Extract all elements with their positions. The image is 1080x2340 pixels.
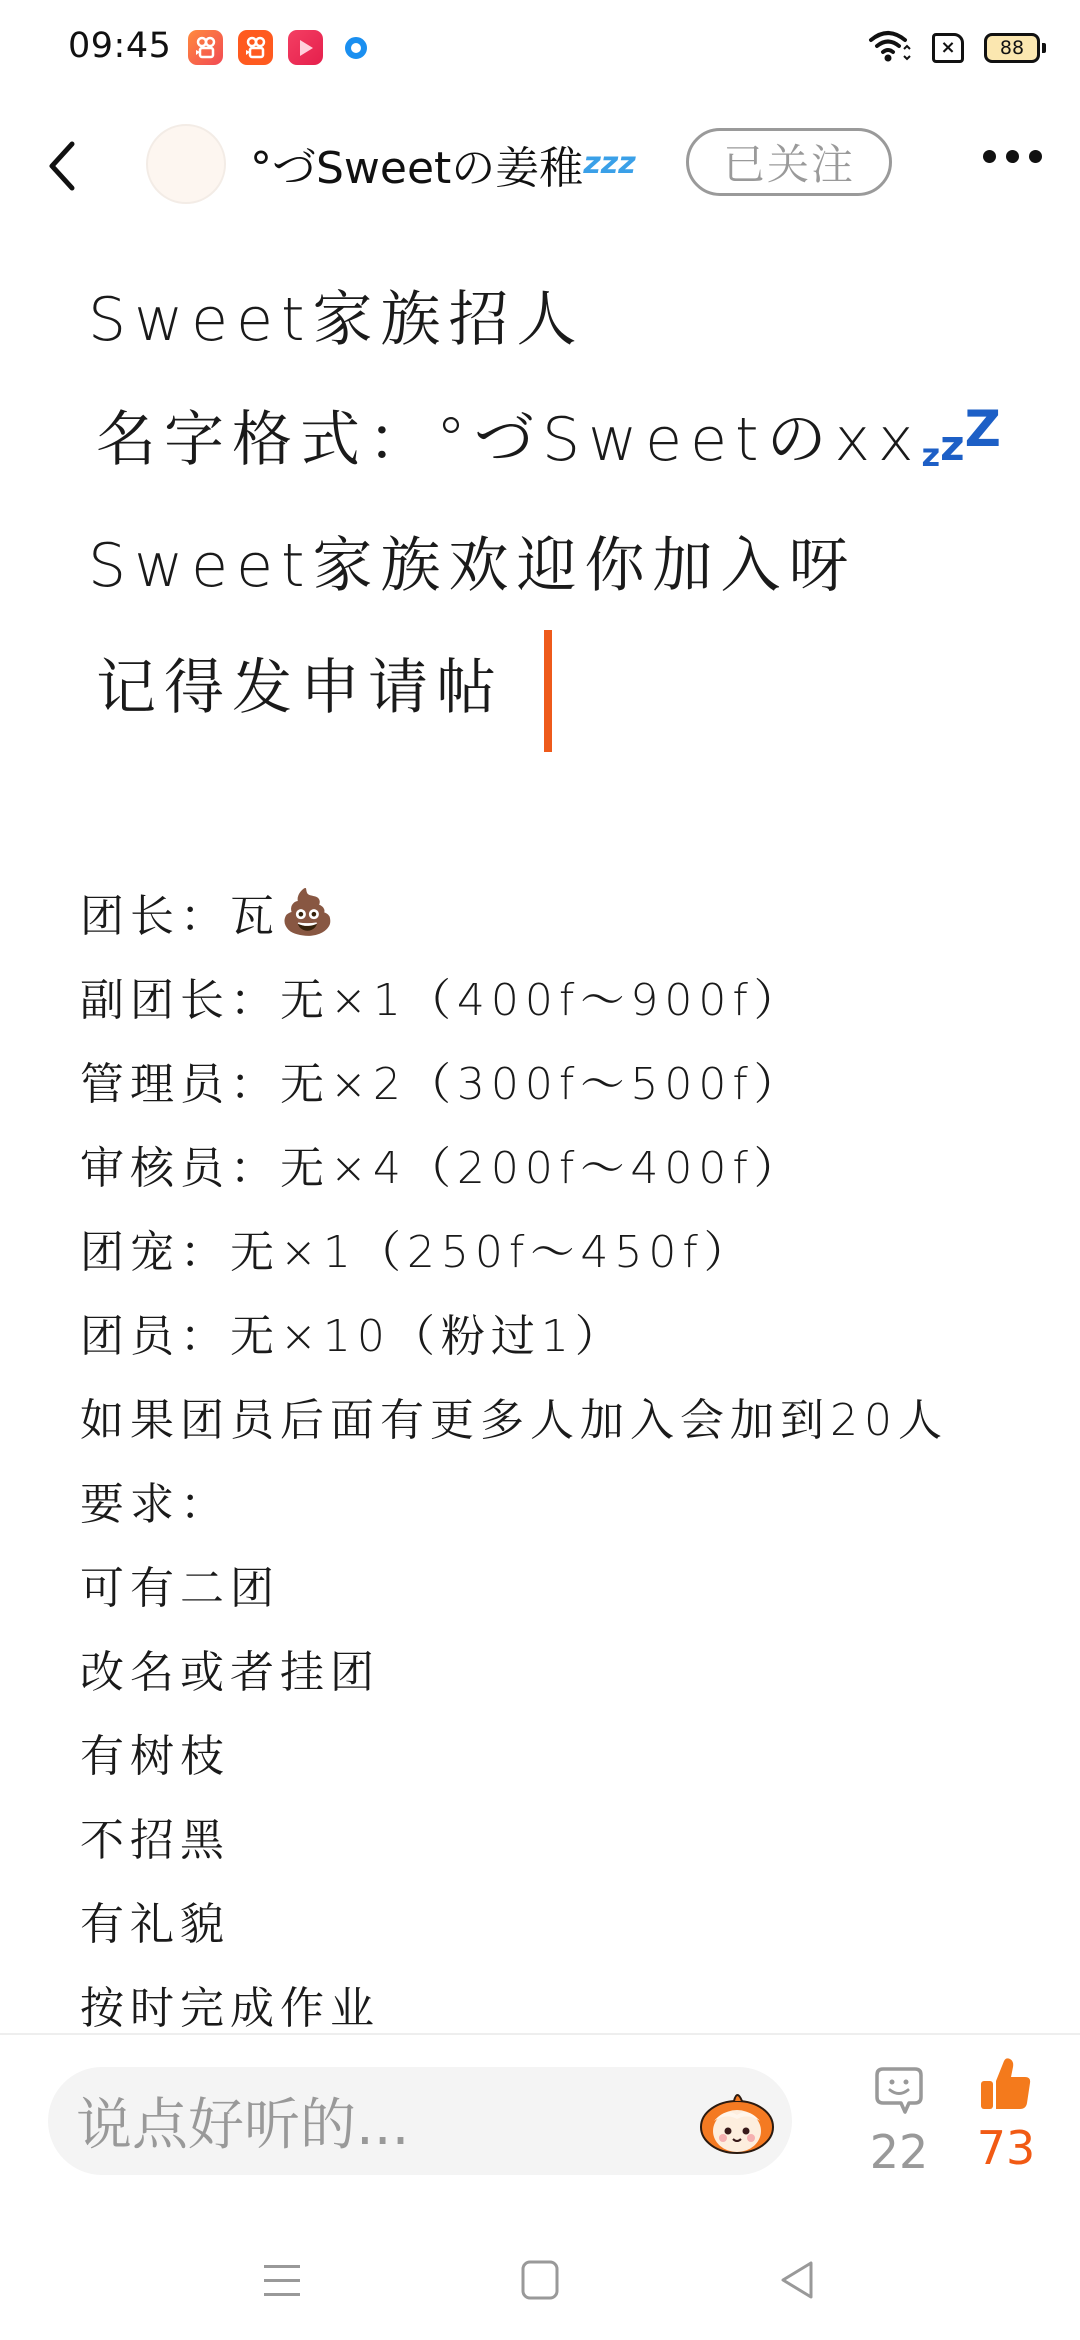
headline-recruiting: Sweet家族招人 [88, 272, 585, 358]
more-dot-icon [983, 150, 996, 163]
headline-welcome: Sweet家族欢迎你加入呀 [88, 518, 857, 604]
poop-emoji: 💩 [280, 886, 335, 938]
headline-apply-reminder: 记得发申请帖 [96, 640, 504, 726]
battery-icon: 88 [984, 33, 1040, 63]
role-leader: 团长：瓦💩 [80, 870, 948, 954]
chevron-left-icon [40, 138, 90, 194]
blue-ring-icon [338, 30, 373, 65]
menu-icon [262, 2260, 302, 2300]
role-member: 团员：无×10（粉过1） [80, 1290, 948, 1374]
requirement-item: 不招黑 [80, 1794, 948, 1878]
username-text: °づSweetの姜稚 [250, 143, 583, 194]
kuaishou-icon [188, 30, 223, 65]
comments-button[interactable]: 22 [864, 2065, 934, 2185]
mascot-emoji-icon[interactable] [696, 2087, 778, 2157]
comment-input[interactable]: 说点好听的... [48, 2067, 792, 2175]
member-expansion-note: 如果团员后面有更多人加入会加到20人 [80, 1374, 948, 1458]
username[interactable]: °づSweetの姜稚zzz [250, 132, 636, 196]
requirement-item: 有树枝 [80, 1710, 948, 1794]
role-admin: 管理员：无×2（300f～500f） [80, 1038, 948, 1122]
headline-name-format: 名字格式：°づSweetのxxzzZ [96, 392, 1001, 478]
role-pet: 团宠：无×1（250f～450f） [80, 1206, 948, 1290]
more-options-button[interactable] [983, 150, 1042, 163]
name-format-text: 名字格式：°づSweetのxx [96, 405, 922, 475]
back-button[interactable] [40, 138, 90, 194]
text-cursor [544, 630, 552, 752]
like-count: 73 [977, 2125, 1036, 2171]
square-home-icon [520, 2259, 560, 2301]
no-sim-icon: × [932, 33, 964, 63]
thumbs-up-icon [977, 2055, 1035, 2113]
recent-apps-button[interactable] [252, 2250, 312, 2310]
more-dot-icon [1006, 150, 1019, 163]
status-time: 09:45 [68, 26, 171, 66]
zzz-emoji: zzZ [922, 405, 1001, 475]
home-button[interactable] [510, 2250, 570, 2310]
post-image[interactable]: Sweet家族招人 名字格式：°づSweetのxxzzZ Sweet家族欢迎你加… [0, 240, 1080, 2030]
like-button[interactable]: 73 [966, 2055, 1046, 2185]
requirements-title: 要求： [80, 1458, 948, 1542]
more-dot-icon [1029, 150, 1042, 163]
comment-placeholder: 说点好听的... [76, 2081, 409, 2161]
follow-button[interactable]: 已关注 [686, 128, 892, 196]
system-nav-bar [0, 2220, 1080, 2340]
role-vice-leader: 副团长：无×1（400f～900f） [80, 954, 948, 1038]
kuaishou-lite-icon [238, 30, 273, 65]
comment-smile-icon [873, 2065, 925, 2117]
triangle-back-icon [778, 2259, 818, 2301]
system-back-button[interactable] [768, 2250, 828, 2310]
requirement-item: 有礼貌 [80, 1878, 948, 1962]
role-reviewer: 审核员：无×4（200f～400f） [80, 1122, 948, 1206]
post-header: °づSweetの姜稚zzz 已关注 [0, 110, 1080, 220]
requirement-item: 改名或者挂团 [80, 1626, 948, 1710]
post-body: 团长：瓦💩 副团长：无×1（400f～900f） 管理员：无×2（300f～50… [80, 870, 948, 2046]
avatar[interactable] [146, 124, 226, 204]
wifi-icon [868, 29, 912, 67]
status-right-group: × 88 [868, 30, 1040, 66]
sleeping-zzz-emoji: zzz [583, 146, 635, 181]
video-play-icon [288, 30, 323, 65]
status-bar: 09:45 × 88 [0, 0, 1080, 96]
comment-count: 22 [870, 2129, 929, 2175]
bottom-action-bar: 说点好听的... 22 [0, 2035, 1080, 2185]
requirement-item: 可有二团 [80, 1542, 948, 1626]
